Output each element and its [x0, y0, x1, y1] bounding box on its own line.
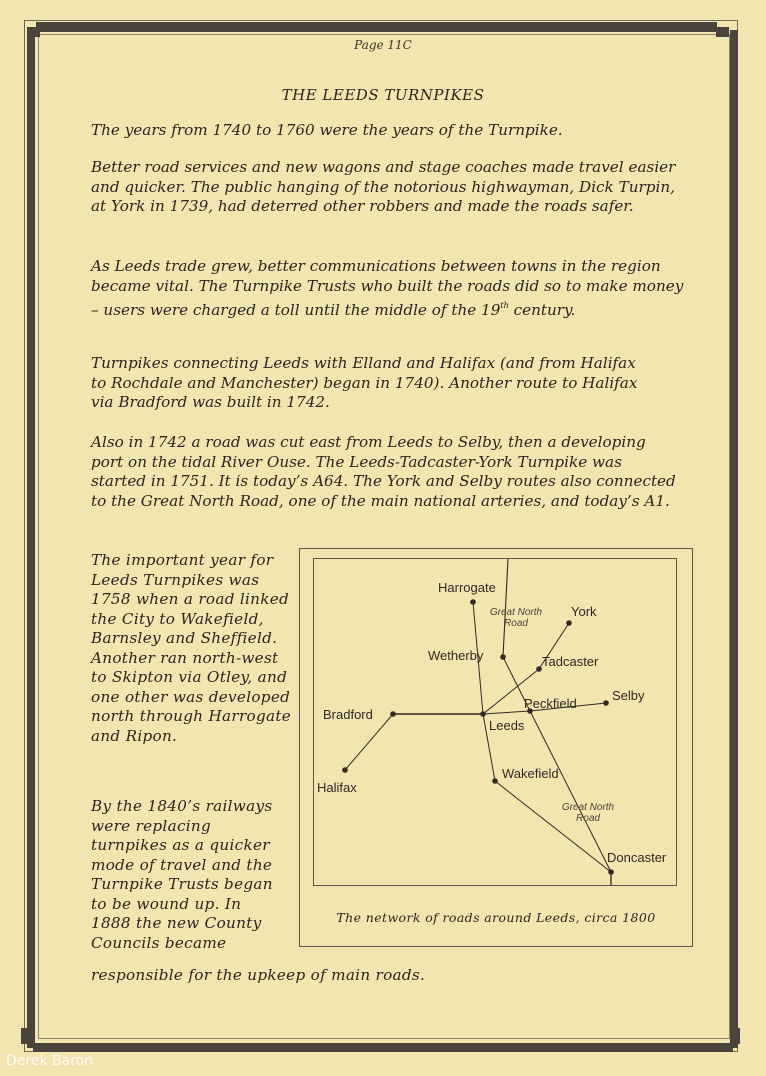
town-label-harrogate: Harrogate — [438, 580, 496, 595]
town-marker-york — [566, 620, 572, 626]
town-marker-doncaster — [608, 869, 614, 875]
town-label-selby: Selby — [612, 688, 645, 703]
road-label-gnr-north: Great North — [490, 607, 543, 618]
town-label-bradford: Bradford — [323, 707, 373, 722]
town-marker-halifax — [342, 767, 348, 773]
town-label-halifax: Halifax — [317, 780, 357, 795]
town-label-leeds: Leeds — [489, 718, 525, 733]
town-label-doncaster: Doncaster — [607, 850, 667, 865]
author-watermark: Derek Baron — [6, 1053, 93, 1069]
town-marker-harrogate — [470, 599, 476, 605]
town-marker-selby — [603, 700, 609, 706]
map-caption: The network of roads around Leeds, circa… — [299, 910, 693, 925]
town-label-wetherby: Wetherby — [428, 648, 484, 663]
town-label-wakefield: Wakefield — [502, 766, 559, 781]
town-marker-wetherby — [500, 654, 506, 660]
road-label-gnr-south: Road — [576, 813, 600, 824]
town-label-tadcaster: Tadcaster — [542, 654, 599, 669]
road-label-gnr-south: Great North — [562, 802, 615, 813]
road-label-gnr-north: Road — [504, 618, 528, 629]
town-marker-wakefield — [492, 778, 498, 784]
town-label-york: York — [571, 604, 597, 619]
town-marker-leeds — [480, 711, 486, 717]
town-marker-tadcaster — [536, 666, 542, 672]
town-label-peckfield: Peckfield — [524, 696, 577, 711]
town-marker-bradford — [390, 711, 396, 717]
